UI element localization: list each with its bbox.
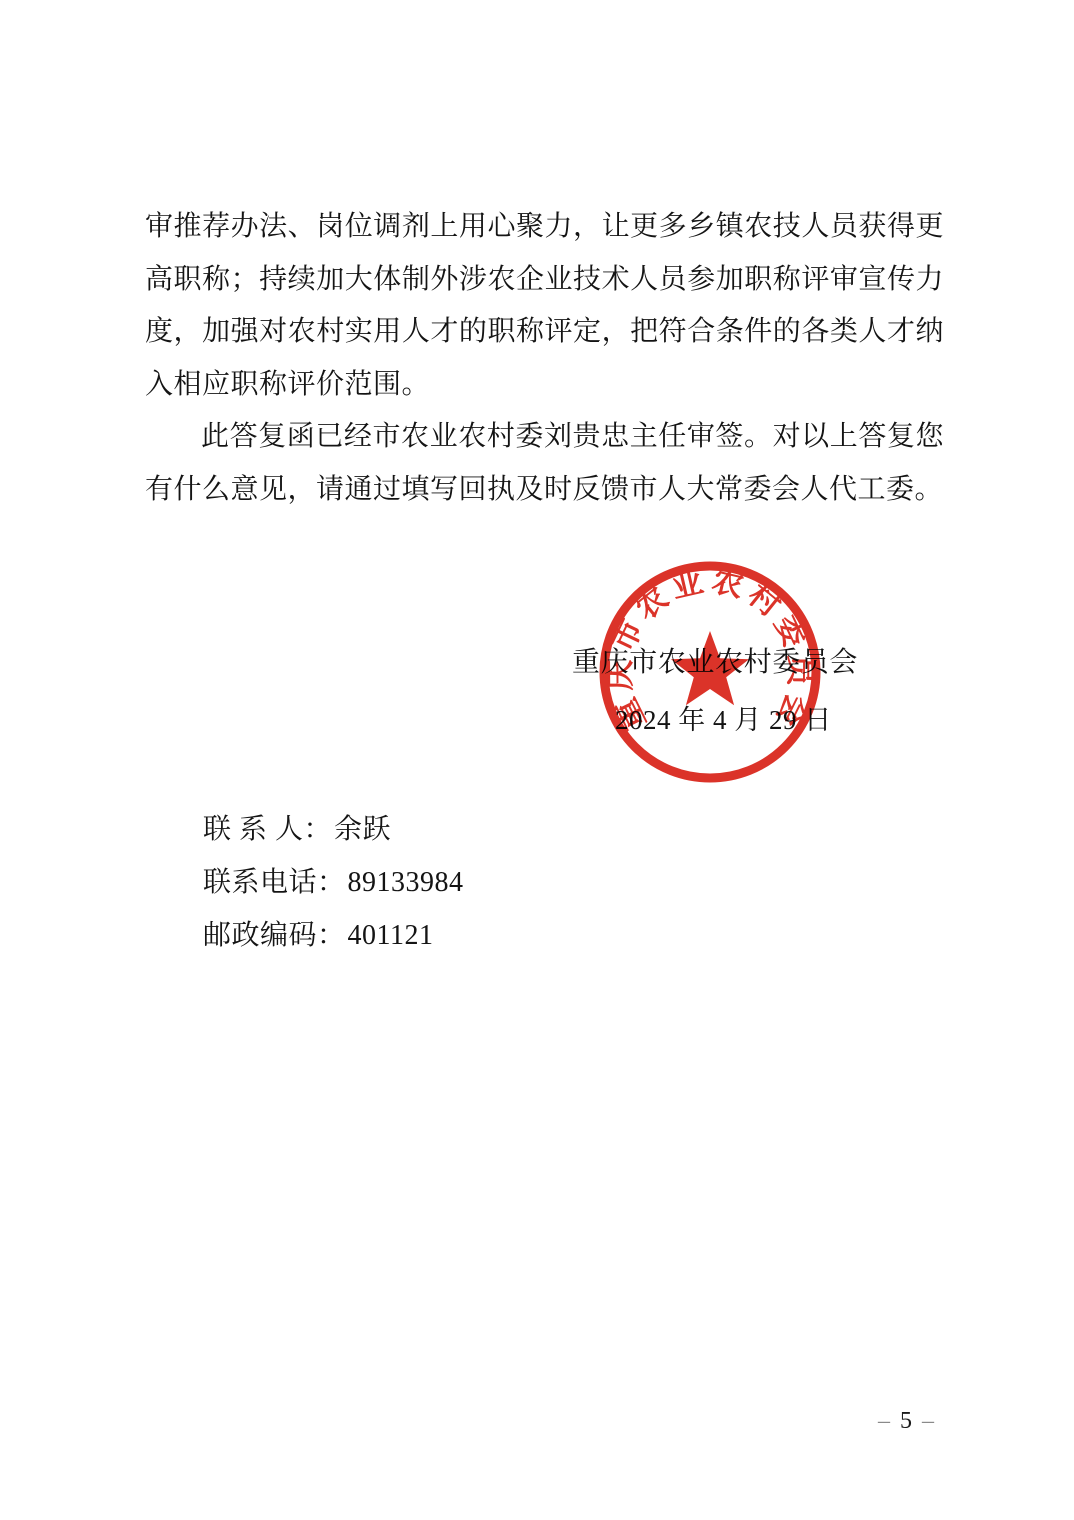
contact-value: 89133984 <box>348 867 464 898</box>
contact-row-phone: 联系电话：89133984 <box>203 856 464 909</box>
contact-row-postcode: 邮政编码：401121 <box>203 909 464 962</box>
page-number-value: 5 <box>900 1408 912 1434</box>
contact-value: 401121 <box>348 920 434 951</box>
contact-label: 联 系 人： <box>203 814 332 845</box>
document-page: 审推荐办法、岗位调剂上用心聚力，让更多乡镇农技人员获得更高职称；持续加大体制外涉… <box>0 0 1074 1520</box>
seal-star-icon <box>671 631 749 705</box>
body-text: 审推荐办法、岗位调剂上用心聚力，让更多乡镇农技人员获得更高职称；持续加大体制外涉… <box>145 201 944 517</box>
contact-row-person: 联 系 人：余跃 <box>203 803 464 856</box>
page-number: –5– <box>878 1408 934 1435</box>
paragraph-2: 此答复函已经市农业农村委刘贵忠主任审签。对以上答复您有什么意见，请通过填写回执及… <box>145 411 944 516</box>
contact-label: 联系电话： <box>203 867 346 898</box>
paragraph-1: 审推荐办法、岗位调剂上用心聚力，让更多乡镇农技人员获得更高职称；持续加大体制外涉… <box>145 201 944 411</box>
page-number-dash-left: – <box>878 1408 890 1434</box>
page-number-dash-right: – <box>922 1408 934 1434</box>
contact-value: 余跃 <box>334 814 391 845</box>
contact-block: 联 系 人：余跃 联系电话：89133984 邮政编码：401121 <box>203 803 464 962</box>
contact-label: 邮政编码： <box>203 920 346 951</box>
official-seal: 重庆市农业农村委员会 <box>595 557 825 787</box>
